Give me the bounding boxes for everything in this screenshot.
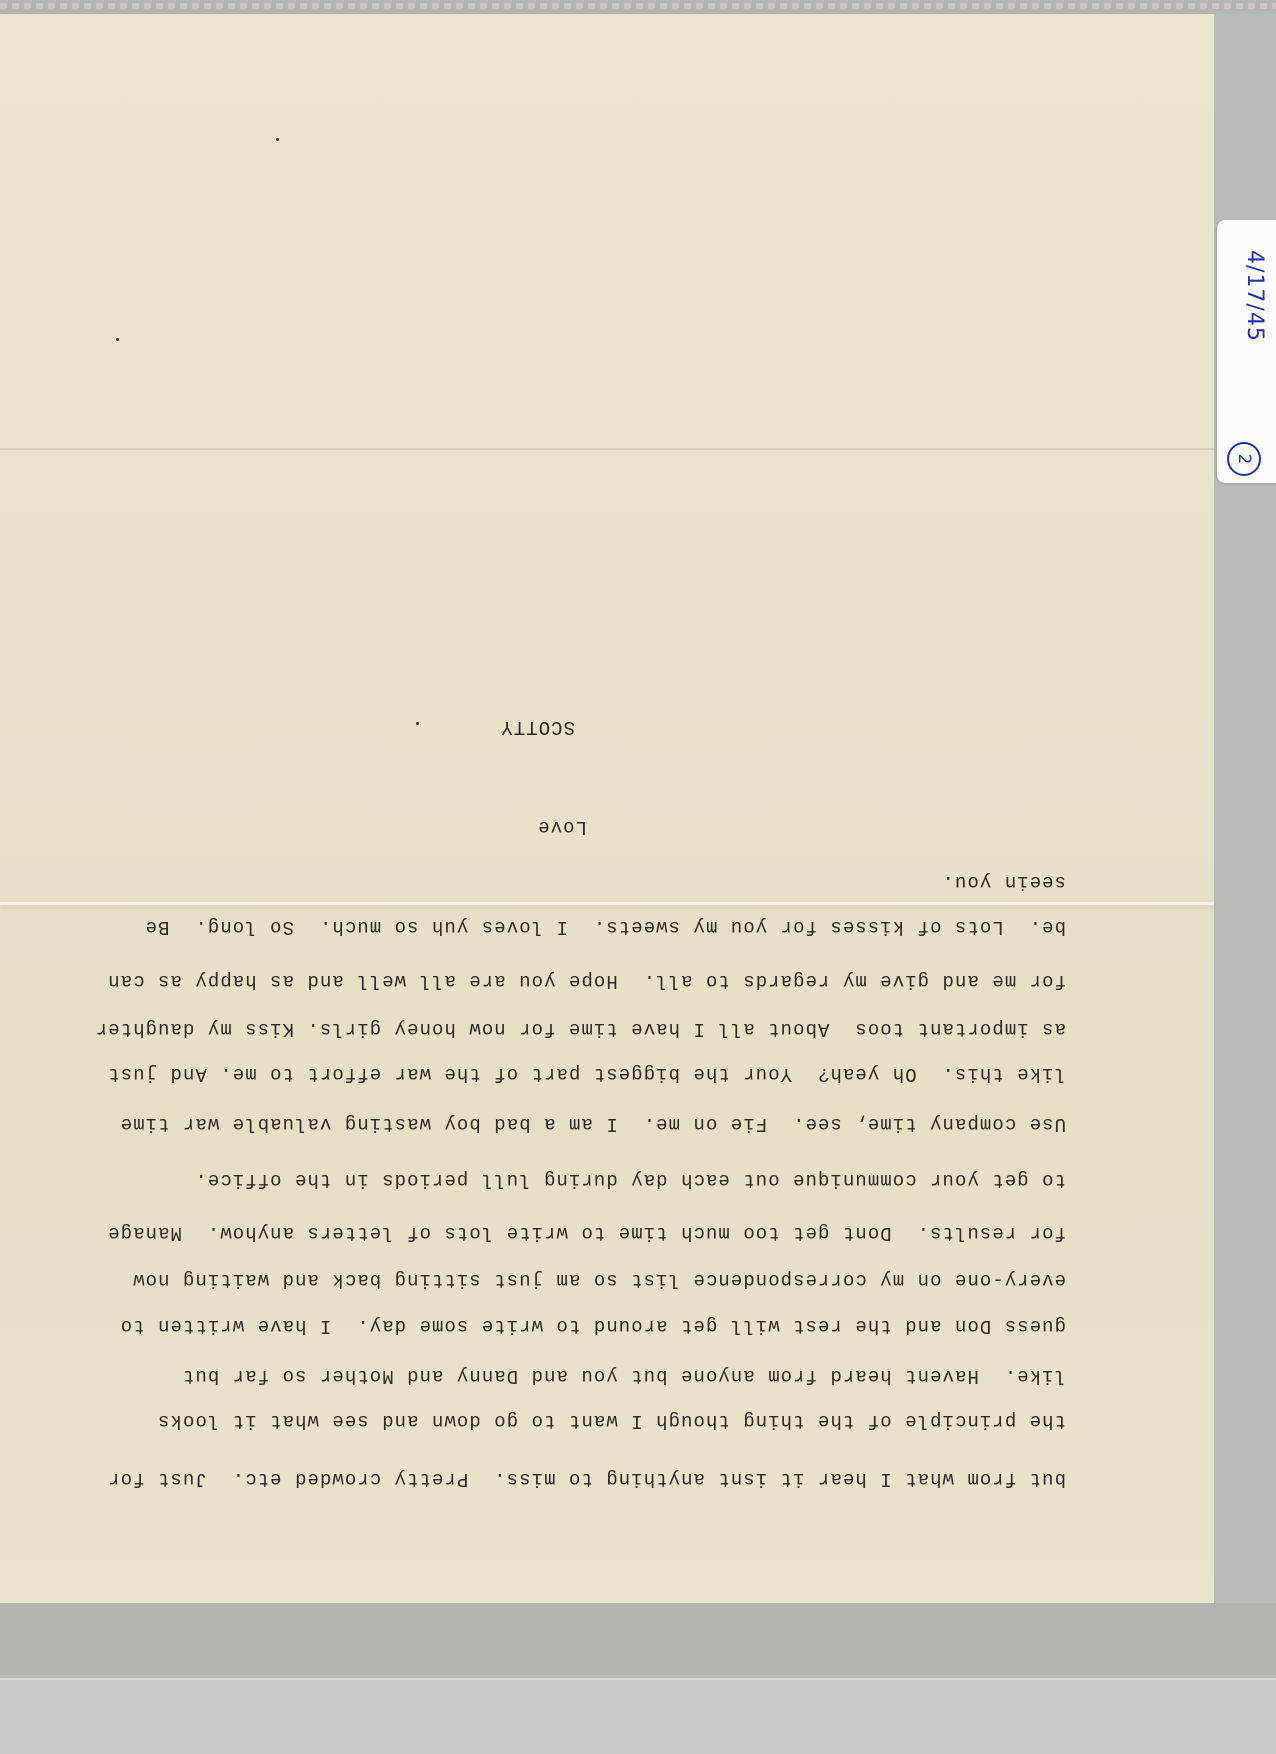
letter-line-12: be. Lots of kisses for you my sweets. I … (145, 916, 1066, 938)
paper-speck (116, 338, 119, 341)
sleeve-perforation (0, 3, 1276, 9)
tag-page-number: 2 (1227, 442, 1261, 476)
tag-date: 4/17/45 (1227, 250, 1267, 360)
paper-speck (276, 138, 279, 141)
letter-line-11: for me and give my regards to all. Hope … (107, 970, 1066, 992)
archive-tag: 4/17/45 2 (1217, 220, 1276, 483)
letter-line-5: every-one on my correspondence list so a… (132, 1269, 1066, 1291)
letter-line-1: but from what I hear it isnt anything to… (107, 1468, 1066, 1490)
letter-line-6: for results. Dont get too much time to w… (107, 1222, 1066, 1244)
letter-line-4: guess Don and the rest will get around t… (120, 1315, 1066, 1337)
letter-line-10: as important toos About all I have time … (95, 1018, 1066, 1040)
letter-line-3: like. Havent heard from anyone but you a… (182, 1365, 1066, 1387)
scanner-bed (0, 1678, 1276, 1754)
scanner-sleeve-bottom (0, 1603, 1276, 1675)
paper-speck (416, 722, 419, 725)
letter-page: but from what I hear it isnt anything to… (0, 14, 1214, 1603)
letter-line-13: seein you. (941, 871, 1066, 893)
letter-closing: Love (537, 816, 587, 838)
upside-down-content: but from what I hear it isnt anything to… (0, 14, 1214, 1603)
letter-line-2: the principle of the thing though I want… (157, 1410, 1066, 1432)
letter-line-7: to get your communique out each day duri… (194, 1169, 1066, 1191)
letter-line-9: like this. Oh yeah? Your the biggest par… (107, 1063, 1066, 1085)
sleeve-top-border (0, 0, 1276, 14)
letter-signature: SCOTTY (500, 716, 575, 738)
letter-line-8: Use company time, see. Fie on me. I am a… (120, 1113, 1066, 1135)
